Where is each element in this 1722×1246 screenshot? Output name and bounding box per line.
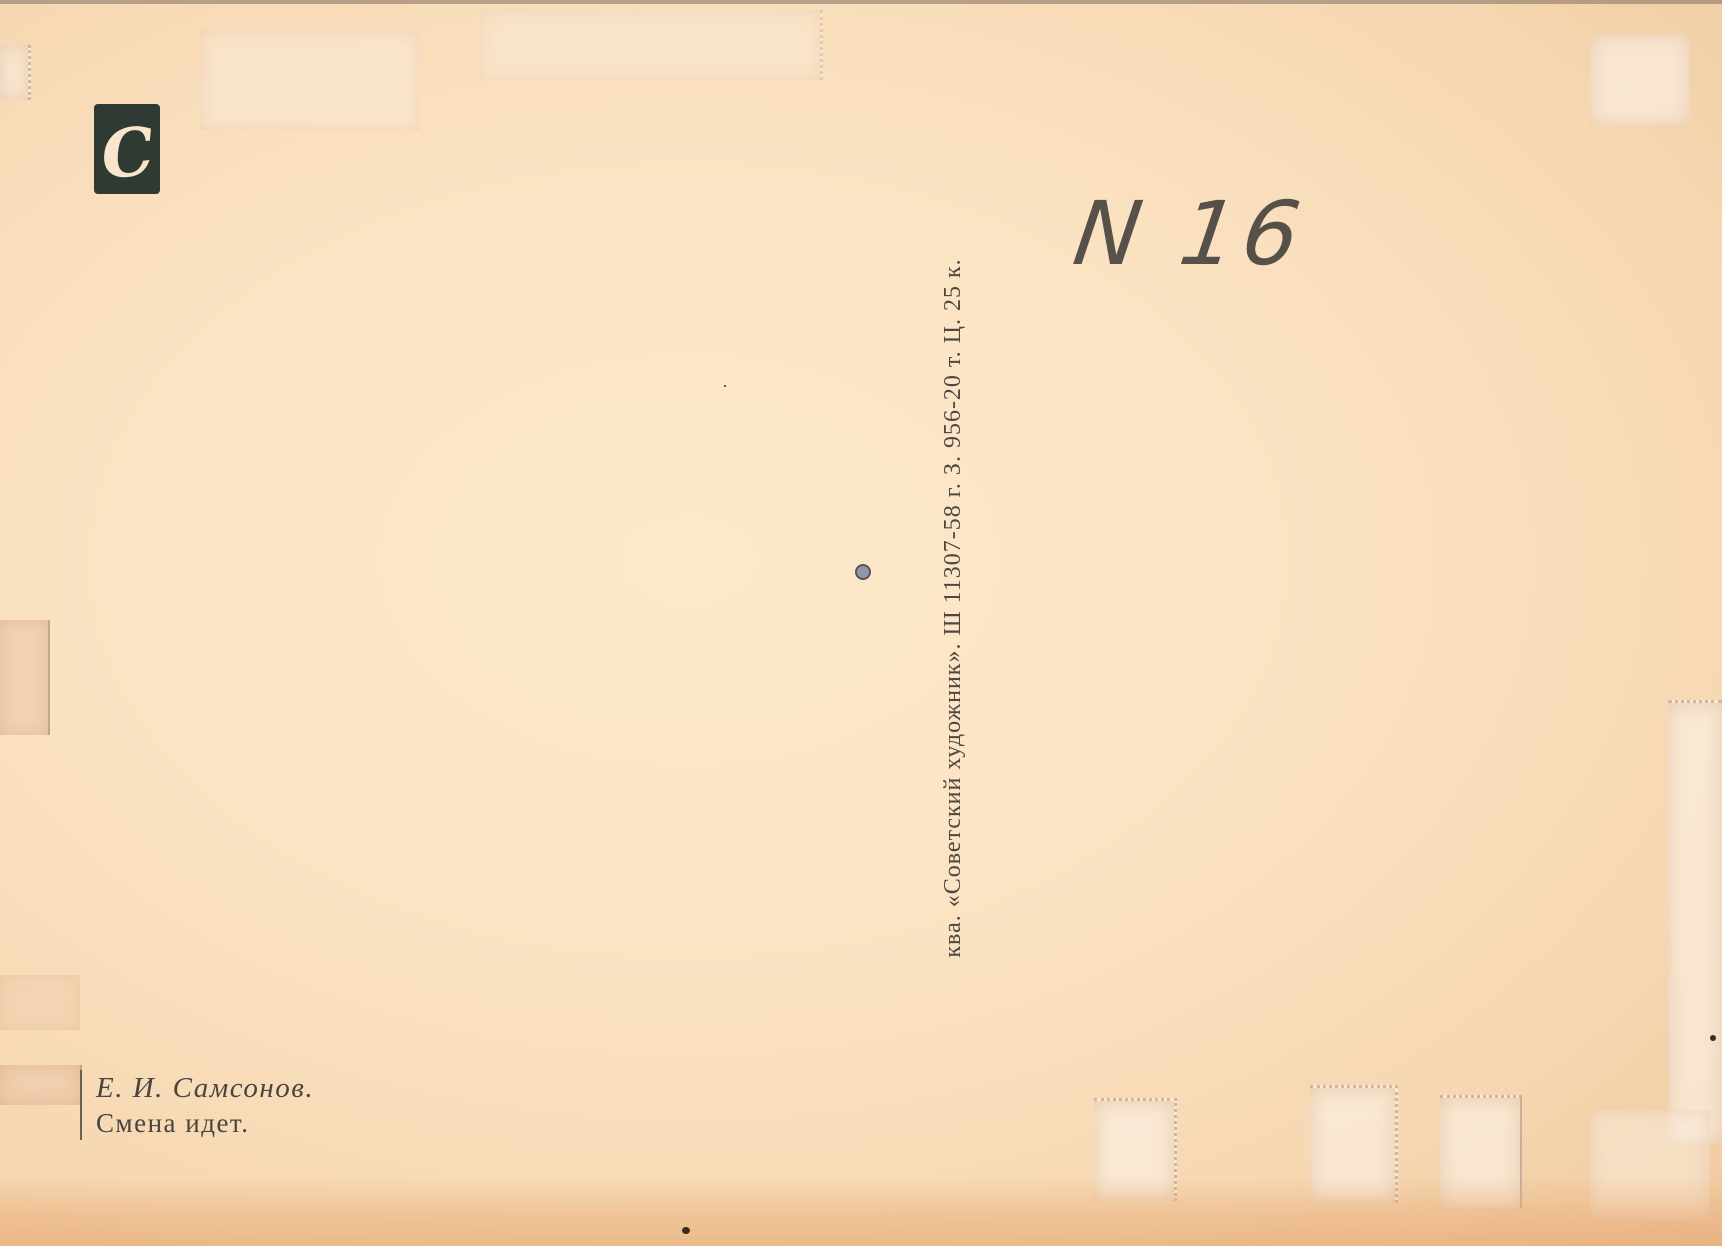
stamp-residue [0,1065,82,1105]
sovetsky-khudozhnik-logo-icon: С [98,117,157,188]
stamp-residue [1668,700,1722,1143]
stamp-residue [0,620,50,735]
stamp-residue [0,975,80,1030]
speck-mark [682,1227,690,1234]
publisher-imprint: ква. «Советский художник». Ш 11307-58 г.… [938,103,968,1113]
artwork-title: Смена идет. [96,1106,314,1140]
postcard-back: С Е. И. Самсонов. Смена идет. ква. «Сове… [0,0,1722,1246]
bottom-stain [0,1176,1722,1246]
artwork-caption: Е. И. Самсонов. Смена идет. [80,1070,314,1140]
stamp-residue [200,30,420,130]
pinhole-mark [855,564,871,580]
stamp-residue [480,10,823,80]
speck-mark [724,385,726,387]
top-edge [0,0,1722,4]
artist-name: Е. И. Самсонов. [96,1070,314,1106]
speck-mark [1710,1035,1716,1041]
stamp-residue [0,45,31,100]
handwritten-number: N 16 [1069,190,1311,278]
stamp-residue [1590,35,1690,125]
publisher-logo: С [94,104,160,194]
